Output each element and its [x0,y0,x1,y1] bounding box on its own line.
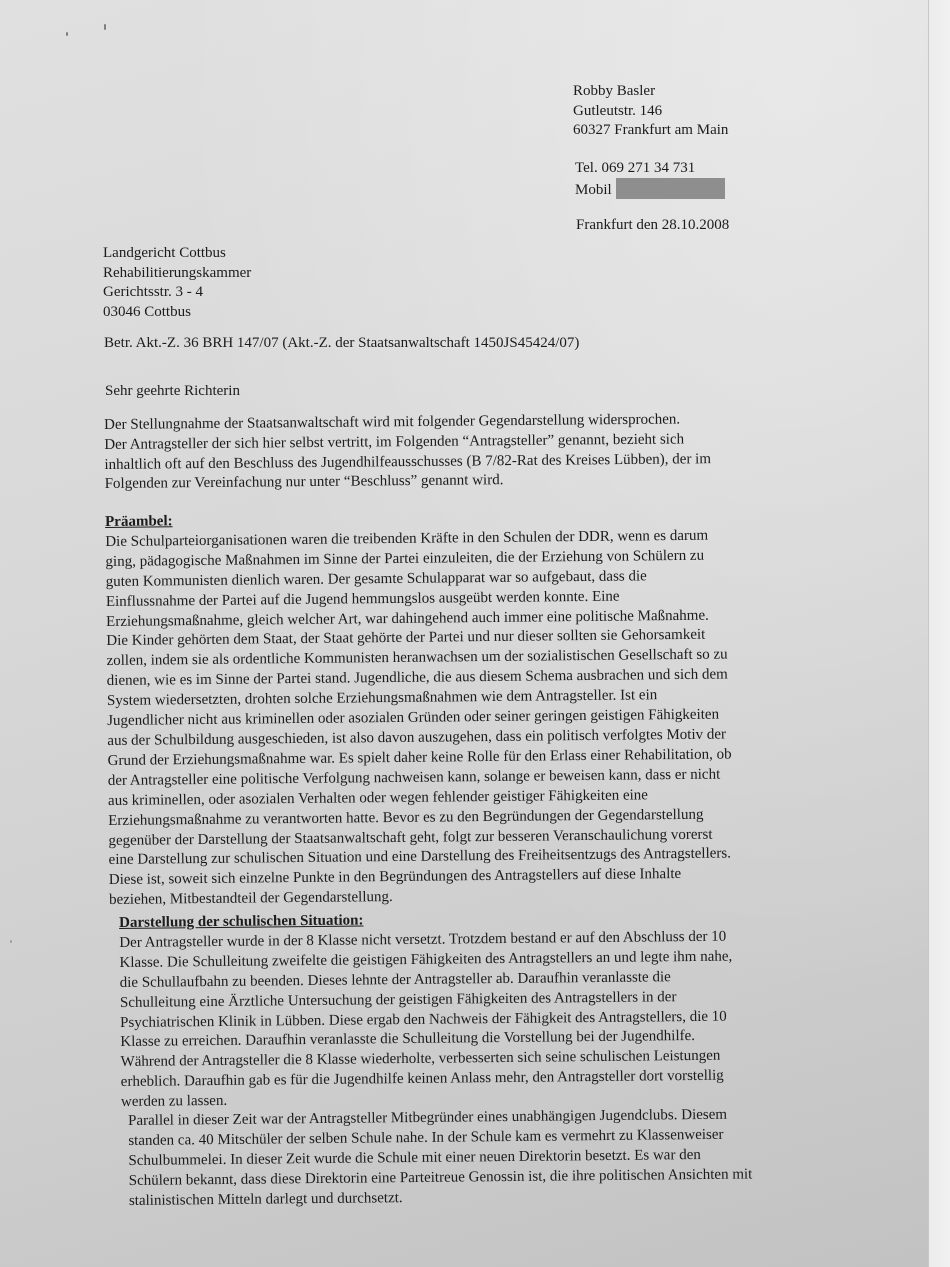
page-edge [928,0,950,1267]
recipient-line: Rehabilitierungskammer [103,264,251,284]
salutation: Sehr geehrte Richterin [105,382,240,401]
preamble-section: Präambel: Die Schulparteiorganisationen … [105,506,733,911]
school-situation-body: Der Antragsteller wurde in der 8 Klasse … [119,927,734,1113]
paper-speck [66,32,68,36]
paper-speck [10,940,12,943]
redaction-box [616,178,725,199]
paper-speck [104,24,106,30]
sender-city: 60327 Frankfurt am Main [573,121,728,141]
recipient-line: Landgericht Cottbus [103,244,251,264]
school-situation-paragraph-2: Parallel in dieser Zeit war der Antragst… [128,1105,753,1211]
sender-street: Gutleutstr. 146 [573,102,728,122]
preamble-body: Die Schulparteiorganisationen waren die … [105,526,733,911]
recipient-address: Landgericht Cottbus Rehabilitierungskamm… [103,244,251,322]
letter-date: Frankfurt den 28.10.2008 [576,216,729,235]
sender-tel: Tel. 069 271 34 731 [575,159,725,178]
reference-line: Betr. Akt.-Z. 36 BRH 147/07 (Akt.-Z. der… [104,334,579,353]
paragraph-2-body: Parallel in dieser Zeit war der Antragst… [128,1105,753,1211]
sender-address: Robby Basler Gutleutstr. 146 60327 Frank… [573,82,728,141]
sender-mobile: Mobil [575,178,725,200]
school-situation-section: Darstellung der schulischen Situation: D… [119,908,734,1113]
recipient-line: Gerichtsstr. 3 - 4 [103,283,251,303]
mobile-label: Mobil [575,182,612,198]
sender-contact: Tel. 069 271 34 731 Mobil [575,159,725,200]
recipient-line: 03046 Cottbus [103,303,251,323]
sender-name: Robby Basler [573,82,728,102]
intro-paragraph: Der Stellungnahme der Staatsanwaltschaft… [104,410,711,495]
